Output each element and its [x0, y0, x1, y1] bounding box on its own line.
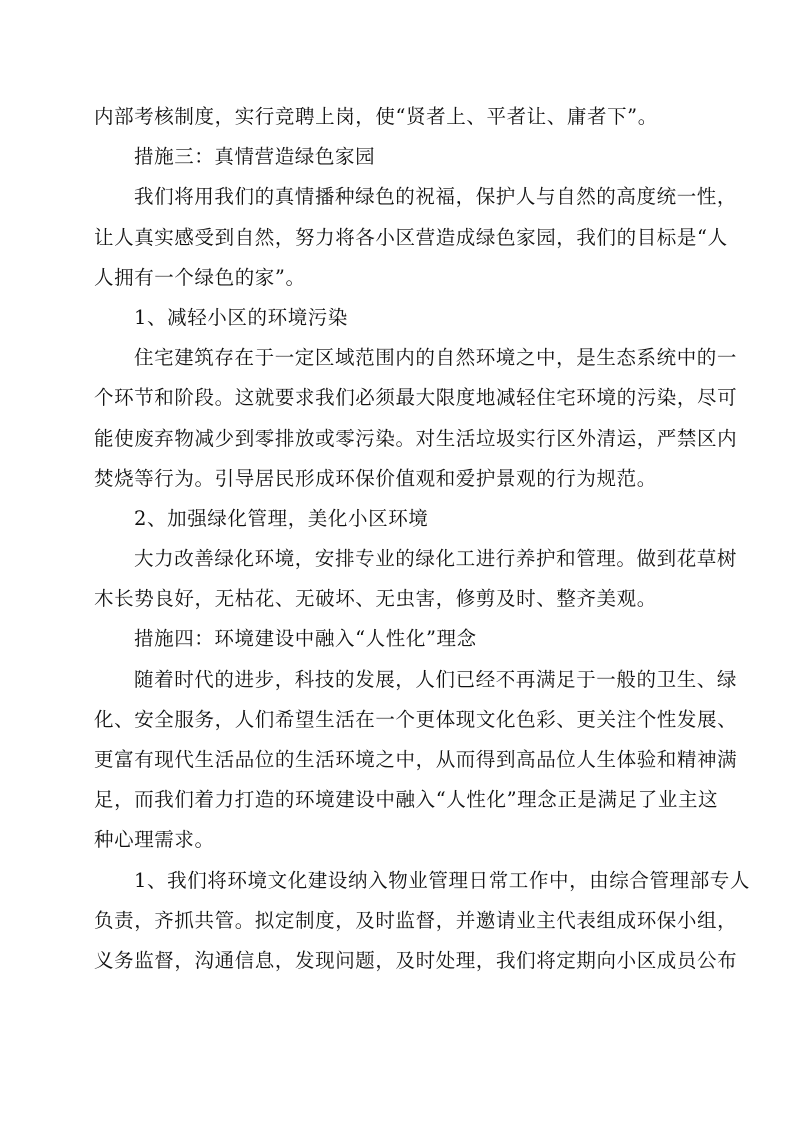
paragraph-line: 足，而我们着力打造的环境建设中融入“人性化”理念正是满足了业主这	[94, 782, 714, 822]
paragraph-line: 种心理需求。	[94, 822, 714, 862]
paragraph-line: 能使废弃物减少到零排放或零污染。对生活垃圾实行区外清运，严禁区内	[94, 421, 714, 461]
heading-measure-three: 措施三：真情营造绿色家园	[94, 139, 714, 179]
paragraph-line: 义务监督，沟通信息，发现问题，及时处理，我们将定期向小区成员公布	[94, 943, 714, 983]
paragraph-line: 个环节和阶段。这就要求我们必须最大限度地减轻住宅环境的污染，尽可	[94, 380, 714, 420]
paragraph-line: 住宅建筑存在于一定区域范围内的自然环境之中，是生态系统中的一	[94, 340, 714, 380]
paragraph-line: 负责，齐抓共管。拟定制度，及时监督，并邀请业主代表组成环保小组，	[94, 903, 714, 943]
paragraph-line: 人拥有一个绿色的家”。	[94, 260, 714, 300]
text-line-continuation: 内部考核制度，实行竞聘上岗，使“贤者上、平者让、庸者下”。	[94, 99, 714, 139]
document-page: 内部考核制度，实行竞聘上岗，使“贤者上、平者让、庸者下”。 措施三：真情营造绿色…	[94, 99, 714, 983]
paragraph-line: 化、安全服务，人们希望生活在一个更体现文化色彩、更关注个性发展、	[94, 702, 714, 742]
heading-measure-four: 措施四：环境建设中融入“人性化”理念	[94, 621, 714, 661]
paragraph-line: 随着时代的进步，科技的发展，人们已经不再满足于一般的卫生、绿	[94, 662, 714, 702]
paragraph-line: 让人真实感受到自然，努力将各小区营造成绿色家园，我们的目标是“人	[94, 220, 714, 260]
paragraph-line: 更富有现代生活品位的生活环境之中，从而得到高品位人生体验和精神满	[94, 742, 714, 782]
subheading-reduce-pollution: 1、减轻小区的环境污染	[94, 300, 714, 340]
paragraph-line: 木长势良好，无枯花、无破坏、无虫害，修剪及时、整齐美观。	[94, 581, 714, 621]
paragraph-line: 我们将用我们的真情播种绿色的祝福，保护人与自然的高度统一性，	[94, 179, 714, 219]
paragraph-line: 大力改善绿化环境，安排专业的绿化工进行养护和管理。做到花草树	[94, 541, 714, 581]
paragraph-line: 焚烧等行为。引导居民形成环保价值观和爱护景观的行为规范。	[94, 461, 714, 501]
subheading-greening-management: 2、加强绿化管理，美化小区环境	[94, 501, 714, 541]
paragraph-line: 1、我们将环境文化建设纳入物业管理日常工作中，由综合管理部专人	[94, 863, 714, 903]
